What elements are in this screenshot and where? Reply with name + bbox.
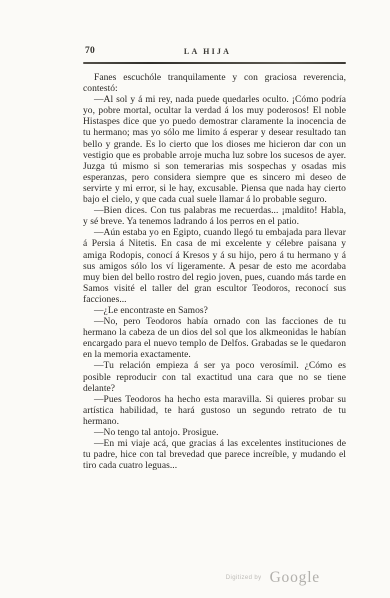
text-block: Fanes escuchóle tranquilamente y con gra… [83,73,346,472]
paragraph-dialogue: —Tu relación empieza á ser ya poco veros… [83,361,346,394]
paragraph-dialogue: —Aún estaba yo en Egipto, cuando llegó t… [83,228,346,306]
watermark-prefix-label: Digitized by [226,575,262,581]
paragraph-dialogue: —¿Le encontraste en Samos? [83,306,346,317]
paragraph-dialogue: —No, pero Teodoros había ornado con las … [83,317,346,361]
paragraph-dialogue: —No tengo tal antojo. Prosigue. [83,428,346,439]
paragraph-dialogue: —Pues Teodoros ha hecho esta maravilla. … [83,395,346,428]
page-header: 70 LA HIJA [83,46,346,59]
google-logo: Google [270,569,320,586]
paragraph-dialogue: —Al sol y á mi rey, nada puede quedarles… [83,95,346,206]
book-page: 70 LA HIJA Fanes escuchóle tranquilament… [0,0,390,598]
digitized-by-google-watermark: Digitized by Google [226,569,320,587]
paragraph-dialogue: —Bien dices. Con tus palabras me recuerd… [83,206,346,228]
header-rule [83,62,346,64]
running-title: LA HIJA [83,47,332,56]
paragraph-dialogue: —En mi viaje acá, que gracias á las exce… [83,439,346,472]
paragraph-narration: Fanes escuchóle tranquilamente y con gra… [83,73,346,95]
